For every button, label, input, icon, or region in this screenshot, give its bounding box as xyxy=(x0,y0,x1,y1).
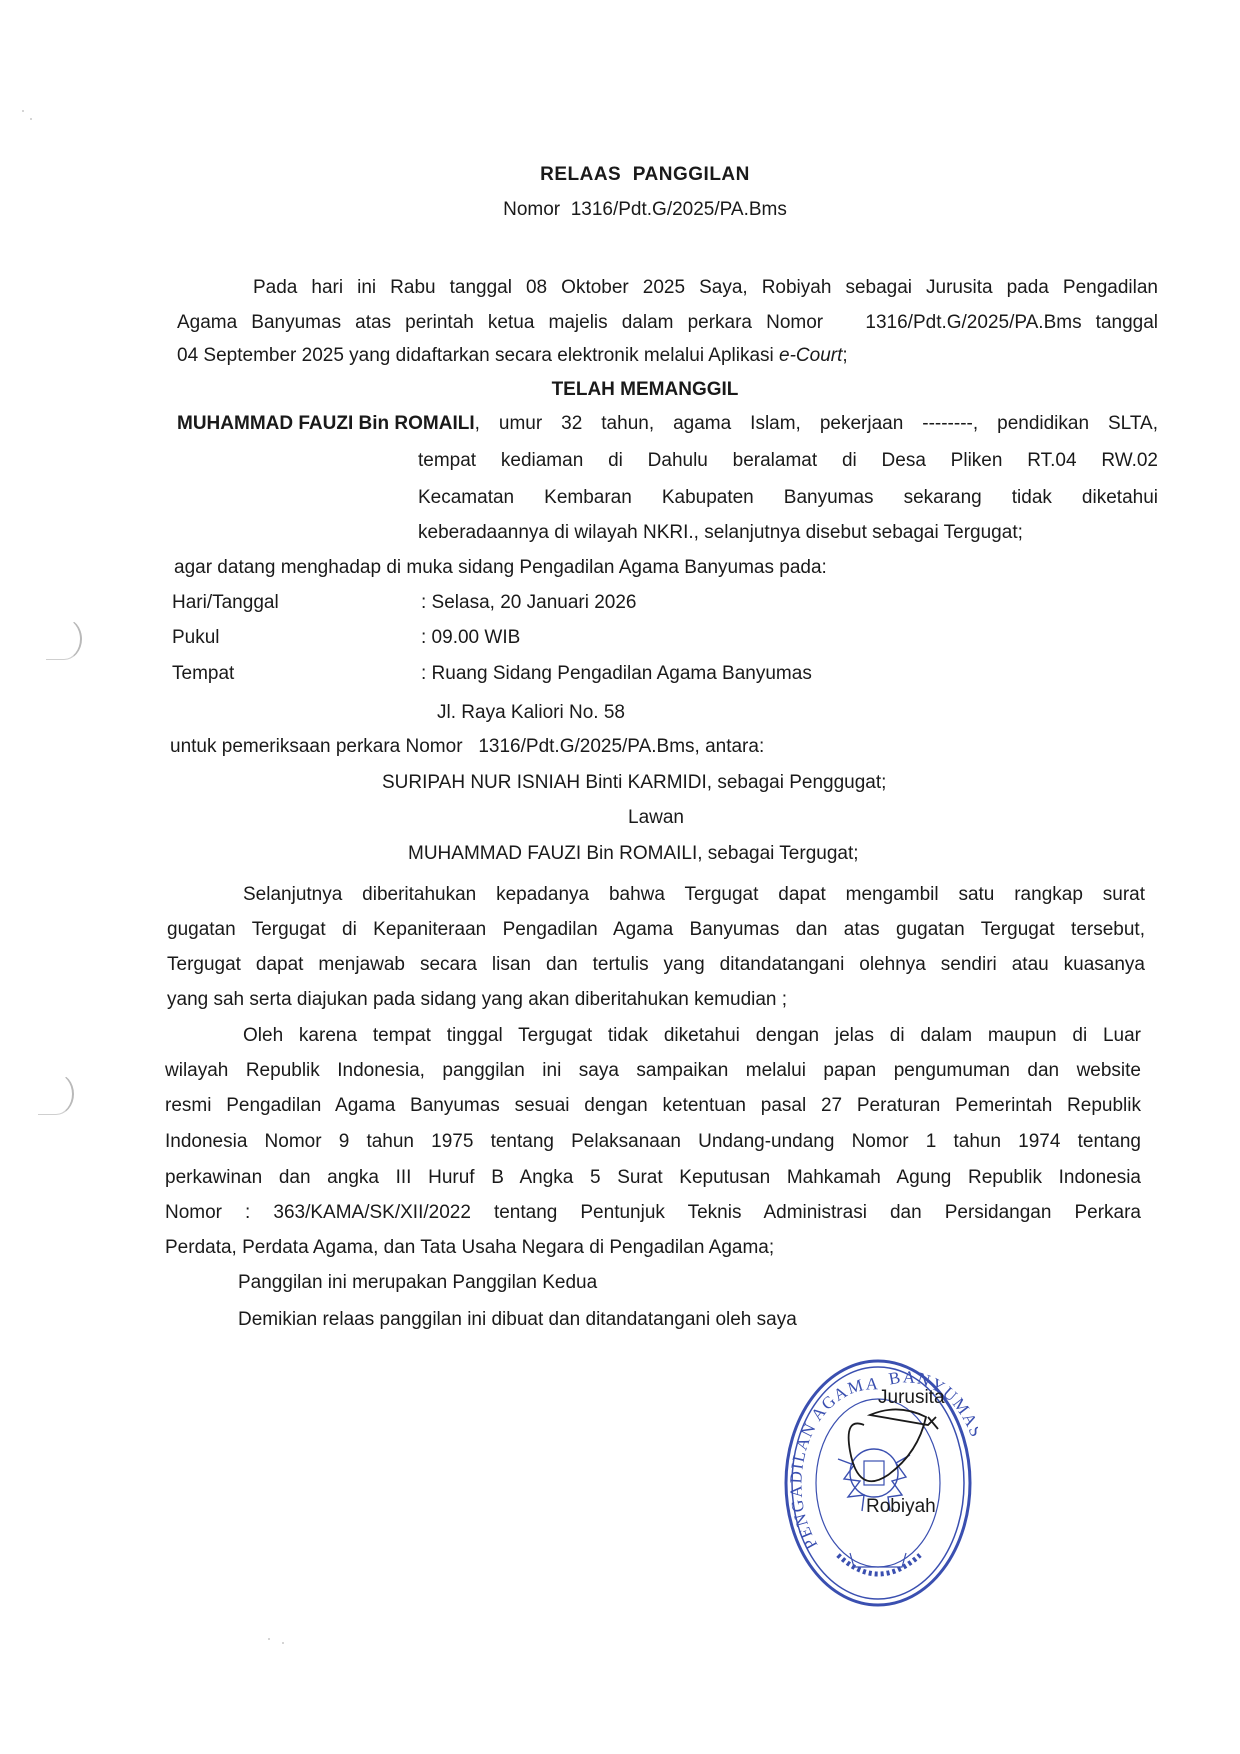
intro-line-3-text: 04 September 2025 yang didaftarkan secar… xyxy=(177,345,779,366)
signature-role: Jurusita xyxy=(878,1387,945,1409)
scan-speck xyxy=(22,110,24,112)
defendant-line-1: MUHAMMAD FAUZI Bin ROMAILI , umur 32 tah… xyxy=(177,414,1158,433)
para1-line-1: Selanjutnya diberitahukan kepadanya bahw… xyxy=(243,885,1145,904)
schedule-address: Jl. Raya Kaliori No. 58 xyxy=(437,703,625,722)
defendant-line-3: Kecamatan Kembaran Kabupaten Banyumas se… xyxy=(418,488,1158,507)
intro-line-3-end: ; xyxy=(842,345,847,366)
schedule-label: Pukul xyxy=(172,628,220,647)
ecourt-term: e-Court xyxy=(779,345,842,366)
defendant-details: , umur 32 tahun, agama Islam, pekerjaan … xyxy=(475,414,1158,433)
defendant-party-line: MUHAMMAD FAUZI Bin ROMAILI, sebagai Terg… xyxy=(408,844,859,863)
case-reference-line: untuk pemeriksaan perkara Nomor 1316/Pdt… xyxy=(170,737,764,756)
schedule-value: : Ruang Sidang Pengadilan Agama Banyumas xyxy=(421,664,812,683)
document-title: RELAAS PANGGILAN xyxy=(0,165,1240,184)
versus-line: Lawan xyxy=(628,808,684,827)
scan-speck xyxy=(30,118,32,120)
closing-statement: Demikian relaas panggilan ini dibuat dan… xyxy=(238,1310,797,1329)
para1-line-3: Tergugat dapat menjawab secara lisan dan… xyxy=(167,955,1145,974)
schedule-value: : Selasa, 20 Januari 2026 xyxy=(421,593,637,612)
schedule-label: Hari/Tanggal xyxy=(172,593,279,612)
para2-line-1: Oleh karena tempat tinggal Tergugat tida… xyxy=(243,1026,1141,1045)
intro-line-3: 04 September 2025 yang didaftarkan secar… xyxy=(177,346,848,365)
summons-intro: agar datang menghadap di muka sidang Pen… xyxy=(174,558,827,577)
para2-line-6: Nomor : 363/KAMA/SK/XII/2022 tentang Pen… xyxy=(165,1203,1141,1222)
scan-speck xyxy=(268,1638,270,1640)
punch-hole-mark xyxy=(38,1073,74,1115)
summons-type: Panggilan ini merupakan Panggilan Kedua xyxy=(238,1273,597,1292)
para1-line-4: yang sah serta diajukan pada sidang yang… xyxy=(167,990,787,1009)
para2-line-7: Perdata, Perdata Agama, dan Tata Usaha N… xyxy=(165,1238,774,1257)
para1-line-2: gugatan Tergugat di Kepaniteraan Pengadi… xyxy=(167,920,1145,939)
defendant-line-4: keberadaannya di wilayah NKRI., selanjut… xyxy=(418,523,1023,542)
schedule-value: : 09.00 WIB xyxy=(421,628,520,647)
handwritten-signature xyxy=(849,1409,938,1481)
para2-line-2: wilayah Republik Indonesia, panggilan in… xyxy=(165,1061,1141,1080)
scan-speck xyxy=(282,1642,284,1644)
punch-hole-mark xyxy=(46,618,82,660)
called-heading: TELAH MEMANGGIL xyxy=(0,380,1240,399)
para2-line-4: Indonesia Nomor 9 tahun 1975 tentang Pel… xyxy=(165,1132,1141,1151)
intro-line-2: Agama Banyumas atas perintah ketua majel… xyxy=(177,313,1158,332)
defendant-name: MUHAMMAD FAUZI Bin ROMAILI xyxy=(177,414,475,433)
case-number: Nomor 1316/Pdt.G/2025/PA.Bms xyxy=(0,200,1240,219)
defendant-line-2: tempat kediaman di Dahulu beralamat di D… xyxy=(418,451,1158,470)
schedule-label: Tempat xyxy=(172,664,234,683)
para2-line-5: perkawinan dan angka III Huruf B Angka 5… xyxy=(165,1168,1141,1187)
intro-line-1: Pada hari ini Rabu tanggal 08 Oktober 20… xyxy=(253,278,1158,297)
signature-name: Robiyah xyxy=(866,1496,936,1518)
para2-line-3: resmi Pengadilan Agama Banyumas sesuai d… xyxy=(165,1096,1141,1115)
plaintiff-line: SURIPAH NUR ISNIAH Binti KARMIDI, sebaga… xyxy=(382,773,886,792)
